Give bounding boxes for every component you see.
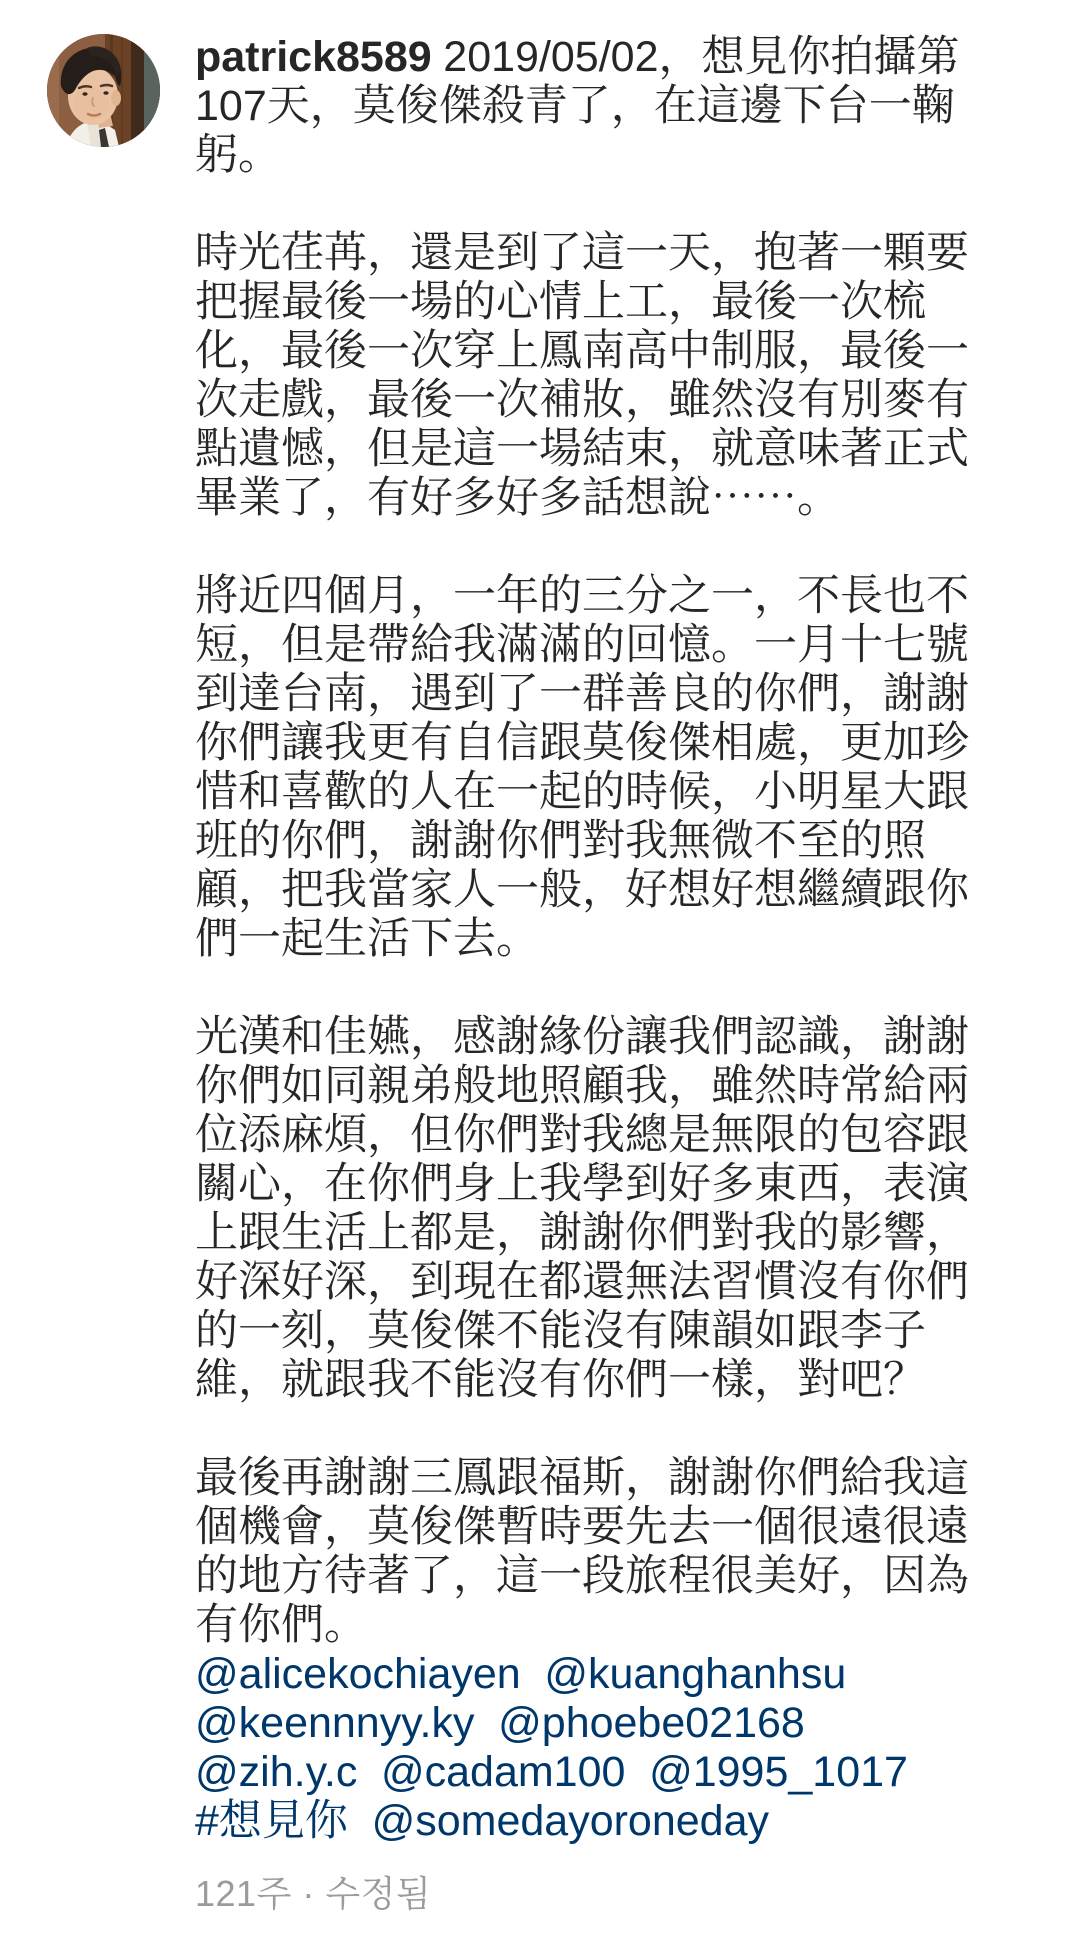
- mention-link[interactable]: @cadam100: [381, 1748, 625, 1797]
- caption-paragraph: 時光荏苒，還是到了這一天，抱著一顆要把握最後一場的心情上工，最後一次梳化，最後一…: [195, 229, 977, 523]
- user-avatar[interactable]: [47, 34, 160, 147]
- instagram-caption-view: patrick85892019/05/02，想見你拍攝第107天，莫俊傑殺青了，…: [0, 0, 1080, 1938]
- caption-paragraph: 光漢和佳嬿，感謝緣份讓我們認識，謝謝你們如同親弟般地照顧我，雖然時常給兩位添麻煩…: [195, 1013, 977, 1405]
- mention-link[interactable]: @phoebe02168: [498, 1699, 805, 1748]
- caption-tags: @alicekochiayen@kuanghanhsu@keennnyy.ky@…: [195, 1650, 977, 1846]
- caption-paragraph: 最後再謝謝三鳳跟福斯，謝謝你們給我這個機會，莫俊傑暫時要先去一個很遠很遠的地方待…: [195, 1454, 977, 1650]
- mention-link[interactable]: @kuanghanhsu: [544, 1650, 846, 1699]
- hashtag-link[interactable]: #想見你: [195, 1797, 348, 1846]
- post-timestamp: 121주 · 수정됨: [195, 1872, 977, 1916]
- caption-block: patrick85892019/05/02，想見你拍攝第107天，莫俊傑殺青了，…: [195, 33, 977, 1916]
- username-link[interactable]: patrick8589: [195, 33, 432, 81]
- mention-link[interactable]: @somedayoroneday: [372, 1797, 769, 1846]
- caption-first-paragraph: patrick85892019/05/02，想見你拍攝第107天，莫俊傑殺青了，…: [195, 33, 977, 180]
- mention-link[interactable]: @1995_1017: [649, 1748, 908, 1797]
- mention-link[interactable]: @alicekochiayen: [195, 1650, 521, 1699]
- caption-paragraph: 將近四個月，一年的三分之一，不長也不短，但是帶給我滿滿的回憶。一月十七號到達台南…: [195, 572, 977, 964]
- avatar-photo: [47, 34, 160, 147]
- mention-link[interactable]: @keennnyy.ky: [195, 1699, 474, 1748]
- caption-paragraphs: 時光荏苒，還是到了這一天，抱著一顆要把握最後一場的心情上工，最後一次梳化，最後一…: [195, 229, 977, 1650]
- mention-link[interactable]: @zih.y.c: [195, 1748, 357, 1797]
